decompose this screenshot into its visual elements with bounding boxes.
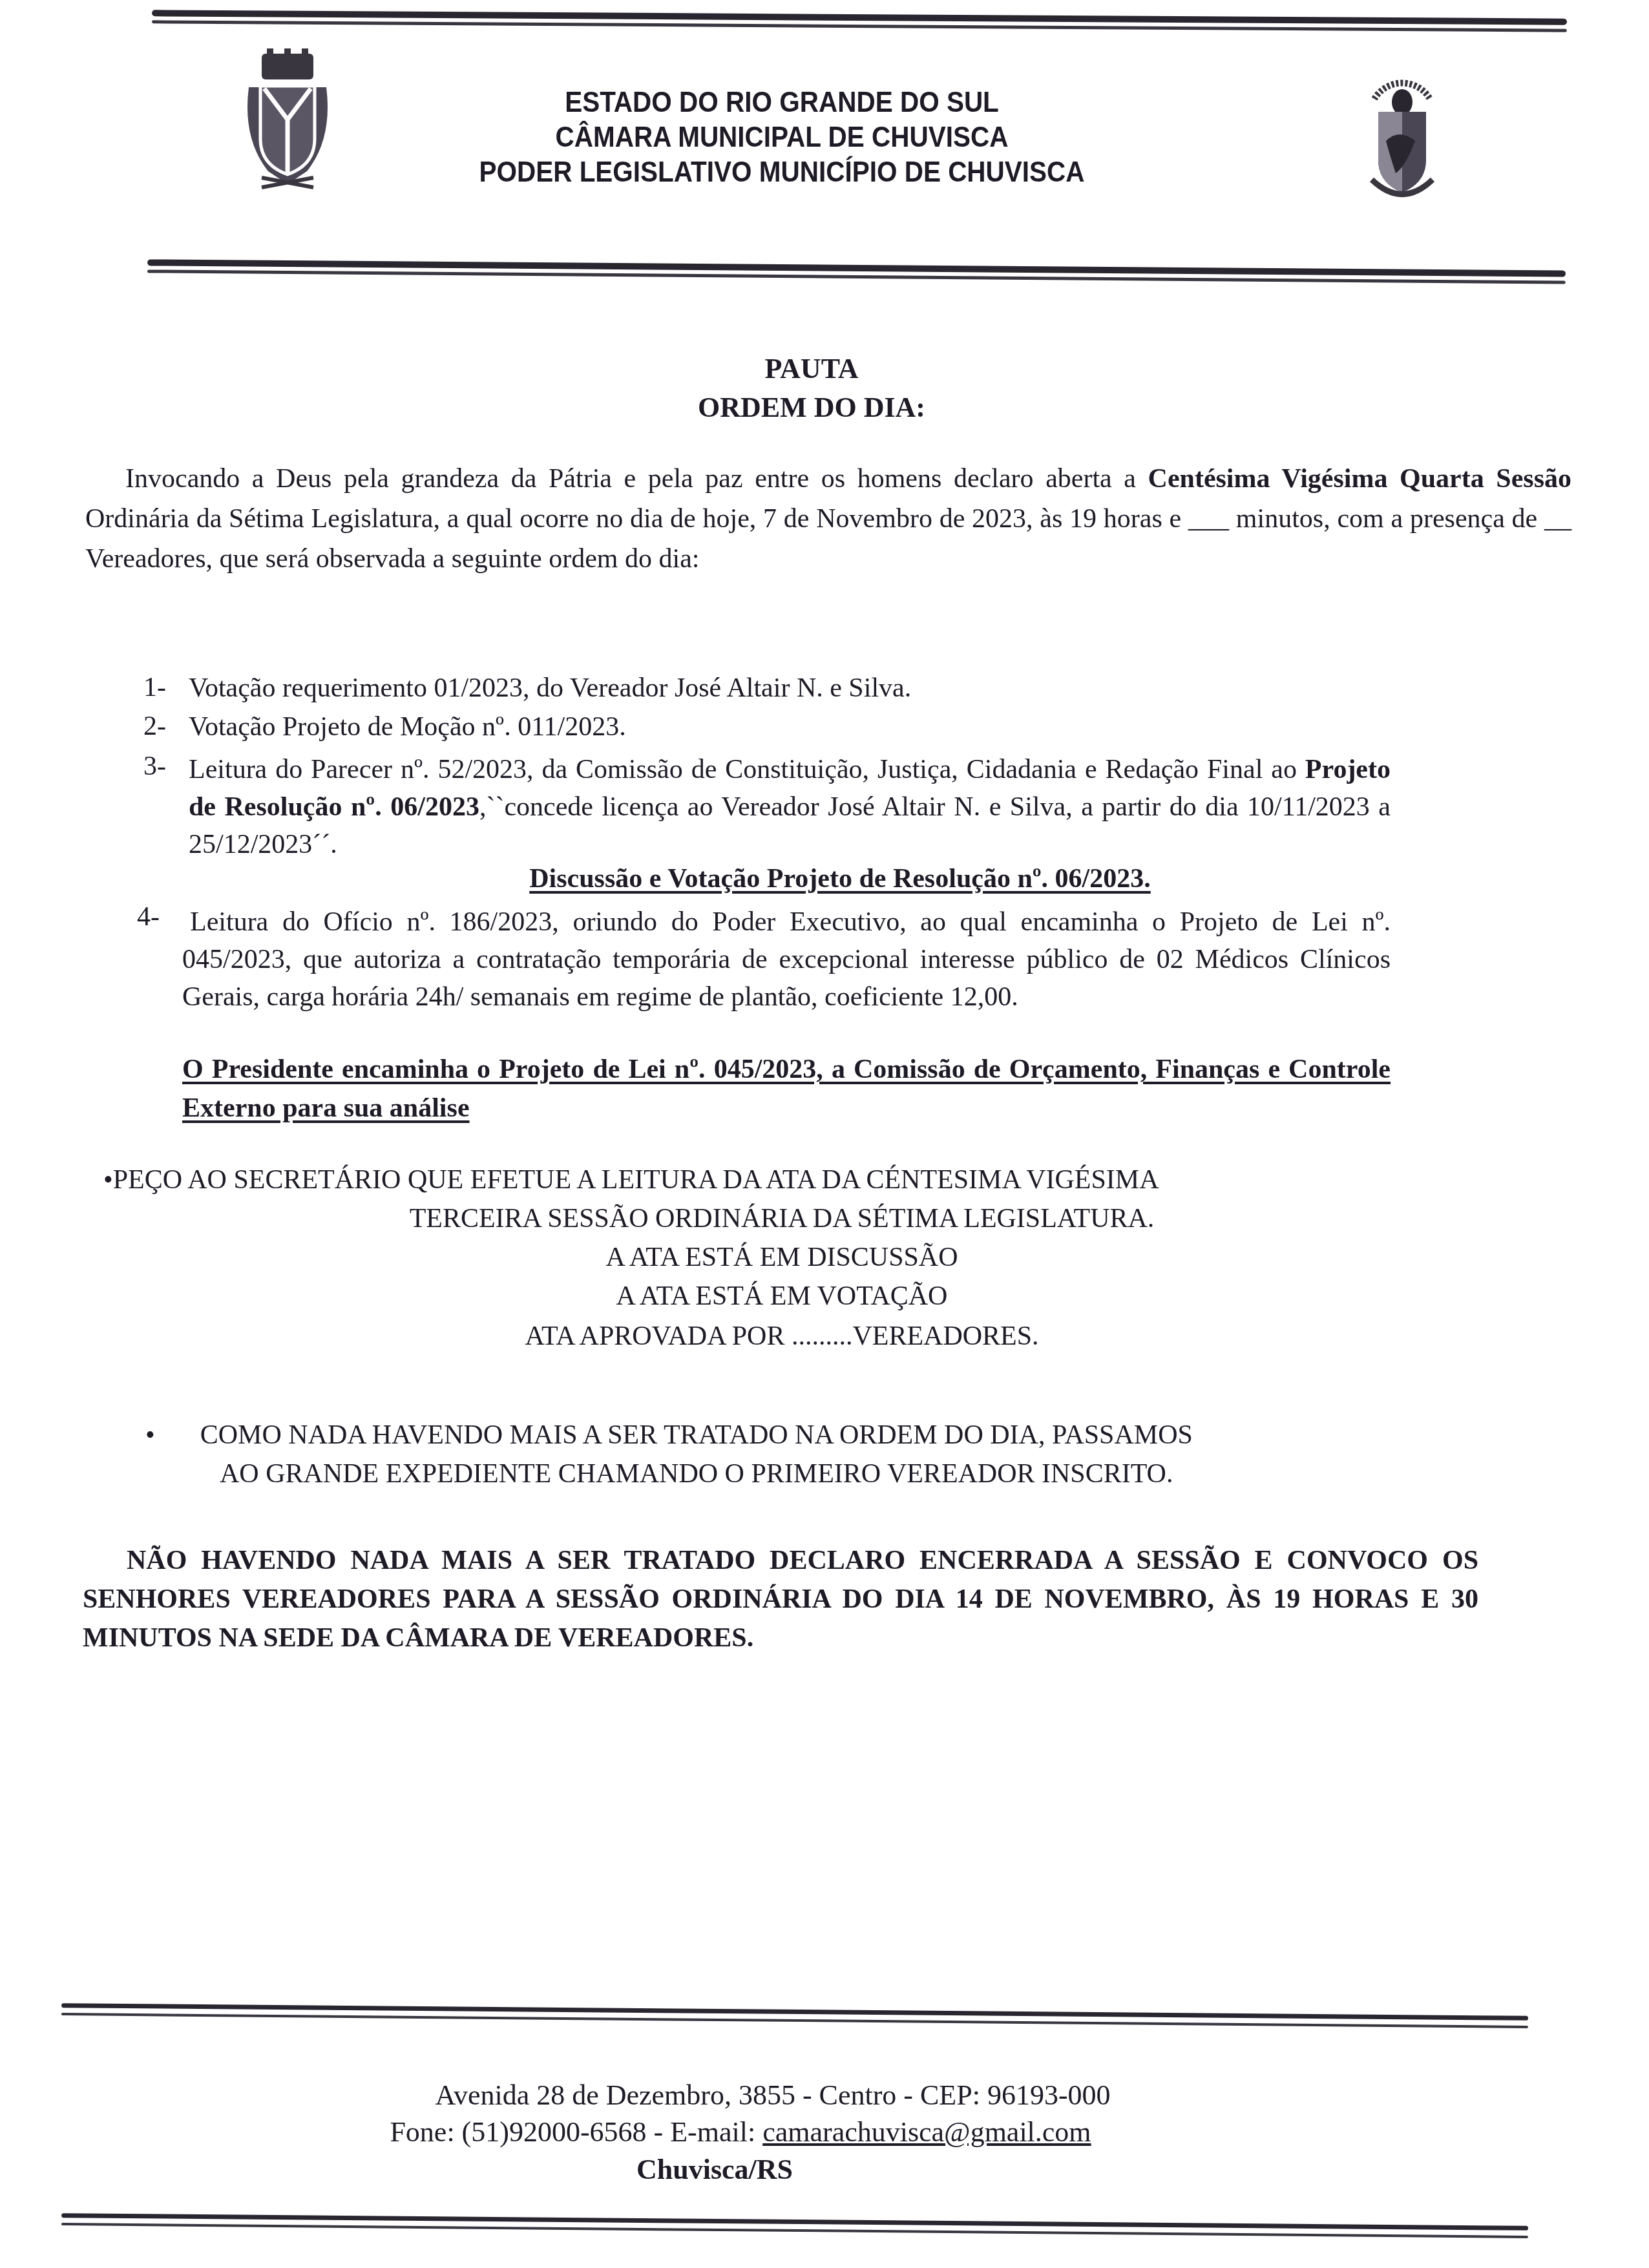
item-4-president-note: O Presidente encaminha o Projeto de Lei … [182,1050,1391,1128]
footer-phone: Fone: (51)92000-6568 - E-mail: [390,2116,762,2148]
item-2-text: Votação Projeto de Moção nº. 011/2023. [189,711,1481,743]
header-legislative: PODER LEGISLATIVO MUNICÍPIO DE CHUVISCA [395,155,1168,190]
footer-top-rule [61,2003,1528,2028]
ata-approved: ATA APROVADA POR .........VEREADORES. [258,1316,1305,1356]
footer-address: Avenida 28 de Dezembro, 3855 - Centro - … [0,2077,1597,2114]
ata-bullet-line-1: •PEÇO AO SECRETÁRIO QUE EFETUE A LEITURA… [103,1160,1493,1200]
footer-bottom-rule [61,2213,1528,2238]
header-chamber: CÂMARA MUNICIPAL DE CHUVISCA [395,120,1168,155]
document-subtitle: ORDEM DO DIA: [0,391,1636,424]
session-name: Centésima Vigésima Quarta Sessão [1148,464,1571,494]
footer-email-link[interactable]: camarachuvisca@gmail.com [762,2116,1091,2148]
header-top-rule [152,10,1567,32]
grande-expediente-line-1: •COMO NADA HAVENDO MAIS A SER TRATADO NA… [145,1415,1502,1455]
item-4-text: Leitura do Ofício nº. 186/2023, oriundo … [182,903,1391,1016]
item-3-number: 3- [143,751,166,782]
footer-contact: Fone: (51)92000-6568 - E-mail: camarachu… [0,2114,1565,2150]
header-state: ESTADO DO RIO GRANDE DO SUL [395,85,1168,120]
closing-statement: NÃO HAVENDO NADA MAIS A SER TRATADO DECL… [83,1541,1478,1657]
ata-reading-request: PEÇO AO SECRETÁRIO QUE EFETUE A LEITURA … [113,1165,1159,1195]
ata-line-2: TERCEIRA SESSÃO ORDINÁRIA DA SÉTIMA LEGI… [258,1199,1305,1239]
item-1-text: Votação requerimento 01/2023, do Vereado… [189,672,1481,704]
bullet-icon: • [145,1420,155,1450]
municipal-coat-of-arms-icon [242,48,333,194]
opening-paragraph: Invocando a Deus pela grandeza da Pátria… [85,459,1571,579]
ata-discussion: A ATA ESTÁ EM DISCUSSÃO [258,1237,1305,1277]
item-4-number: 4- [137,901,160,932]
bullet-icon: • [103,1165,113,1195]
ata-voting: A ATA ESTÁ EM VOTAÇÃO [258,1276,1305,1316]
grande-expediente-text-1: COMO NADA HAVENDO MAIS A SER TRATADO NA … [200,1420,1193,1450]
header-bottom-rule [147,259,1566,284]
grande-expediente-line-2: AO GRANDE EXPEDIENTE CHAMANDO O PRIMEIRO… [220,1454,1447,1494]
item-2-number: 2- [143,711,166,742]
item-3-text: Leitura do Parecer nº. 52/2023, da Comis… [189,751,1391,863]
legislative-shield-emblem-icon [1367,70,1438,202]
item-3-subheading: Discussão e Votação Projeto de Resolução… [433,863,1247,895]
item-1-number: 1- [143,672,166,703]
opening-text-a: Invocando a Deus pela grandeza da Pátria… [125,464,1148,494]
footer-city: Chuvisca/RS [0,2152,1539,2188]
opening-text-b: Ordinária da Sétima Legislatura, a qual … [85,504,1571,574]
document-title: PAUTA [0,352,1636,385]
item-3-text-a: Leitura do Parecer nº. 52/2023, da Comis… [189,755,1305,784]
